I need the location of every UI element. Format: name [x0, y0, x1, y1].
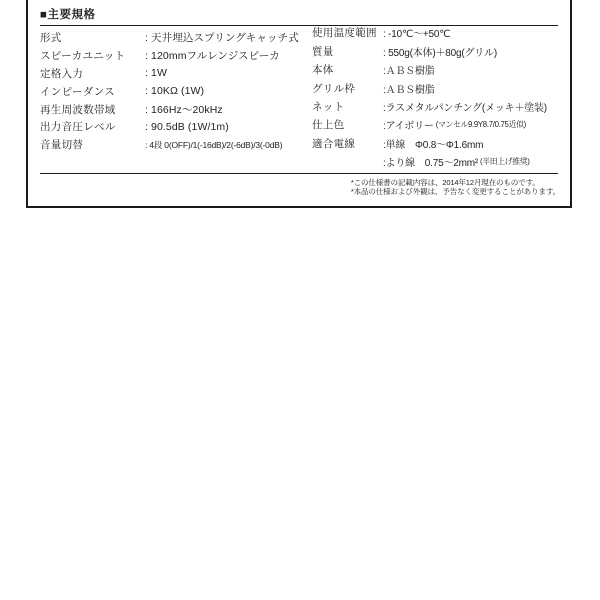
- spec-row-compatible-wire-stranded: :より線 0.75～2mm² (半田上げ推奨): [312, 153, 547, 171]
- spec-label: ネット: [312, 99, 383, 114]
- spec-value: :ＡＢＳ樹脂: [383, 62, 435, 77]
- spec-label: 仕上色: [312, 117, 383, 132]
- spec-value: :単線 Φ0.8～Φ1.6mm: [383, 136, 483, 151]
- spec-value: : 1W: [145, 67, 167, 79]
- spec-value: : -10℃～+50℃: [383, 25, 450, 40]
- spec-value-note: (半田上げ推奨): [480, 156, 530, 167]
- spec-row-body-material: 本体 :ＡＢＳ樹脂: [312, 61, 547, 79]
- spec-column-right: 使用温度範囲 : -10℃～+50℃ 質量 : 550g(本体)＋80g(グリル…: [312, 24, 547, 171]
- spec-value: : 166Hz～20kHz: [145, 102, 223, 117]
- spec-box: ■主要規格 形式 : 天井埋込スプリングキャッチ式 スピーカユニット : 120…: [26, 0, 572, 208]
- spec-label: 形式: [40, 30, 145, 45]
- spec-value: : 550g(本体)＋80g(グリル): [383, 44, 497, 59]
- spec-value: :アイボリー: [383, 117, 434, 132]
- footnote-line: *この仕様書の記載内容は、2014年12月現在のものです。: [351, 178, 560, 187]
- spec-label: 適合電線: [312, 136, 383, 151]
- spec-value: : 天井埋込スプリングキャッチ式: [145, 30, 299, 45]
- spec-row-rated-input: 定格入力 : 1W: [40, 64, 299, 82]
- spec-row-frequency-range: 再生周波数帯域 : 166Hz～20kHz: [40, 100, 299, 118]
- spec-row-grille-frame: グリル枠 :ＡＢＳ樹脂: [312, 79, 547, 97]
- spec-label: スピーカユニット: [40, 48, 145, 63]
- spec-value-note: (マンセル9.9Y8.7/0.75近似): [436, 119, 526, 130]
- spec-value: : 10KΩ (1W): [145, 85, 204, 97]
- spec-label: グリル枠: [312, 81, 383, 96]
- footnotes: *この仕様書の記載内容は、2014年12月現在のものです。 *本品の仕様および外…: [351, 178, 560, 196]
- spec-box-inner: ■主要規格 形式 : 天井埋込スプリングキャッチ式 スピーカユニット : 120…: [28, 0, 570, 205]
- spec-value: : 120mmフルレンジスピーカ: [145, 48, 280, 63]
- spec-row-weight: 質量 : 550g(本体)＋80g(グリル): [312, 42, 547, 60]
- spec-label: 質量: [312, 44, 383, 59]
- spec-label: インピーダンス: [40, 84, 145, 99]
- spec-row-format: 形式 : 天井埋込スプリングキャッチ式: [40, 29, 299, 47]
- spec-row-volume-switch: 音量切替 : 4段 0(OFF)/1(-16dB)/2(-6dB)/3(-0dB…: [40, 136, 299, 154]
- spec-row-temperature-range: 使用温度範囲 : -10℃～+50℃: [312, 24, 547, 42]
- spec-label: 本体: [312, 62, 383, 77]
- spec-label: 音量切替: [40, 137, 145, 152]
- spec-label: 再生周波数帯域: [40, 102, 145, 117]
- spec-row-finish-color: 仕上色 :アイボリー (マンセル9.9Y8.7/0.75近似): [312, 116, 547, 134]
- spec-value: :ＡＢＳ樹脂: [383, 81, 435, 96]
- spec-row-net: ネット :ラスメタルパンチング(メッキ＋塗装): [312, 97, 547, 115]
- footnote-rule: [40, 173, 558, 174]
- spec-value: :ラスメタルパンチング(メッキ＋塗装): [383, 99, 547, 114]
- spec-sheet-page: ■主要規格 形式 : 天井埋込スプリングキャッチ式 スピーカユニット : 120…: [0, 0, 600, 600]
- spec-value: : 90.5dB (1W/1m): [145, 121, 229, 133]
- spec-row-impedance: インピーダンス : 10KΩ (1W): [40, 82, 299, 100]
- spec-row-output-level: 出力音圧レベル : 90.5dB (1W/1m): [40, 118, 299, 136]
- spec-row-compatible-wire-solid: 適合電線 :単線 Φ0.8～Φ1.6mm: [312, 134, 547, 152]
- spec-column-left: 形式 : 天井埋込スプリングキャッチ式 スピーカユニット : 120mmフルレン…: [40, 29, 299, 154]
- spec-row-speaker-unit: スピーカユニット : 120mmフルレンジスピーカ: [40, 46, 299, 64]
- spec-label: 出力音圧レベル: [40, 119, 145, 134]
- spec-label: 使用温度範囲: [312, 25, 383, 40]
- spec-value: :より線 0.75～2mm²: [383, 154, 478, 169]
- section-title: ■主要規格: [40, 6, 95, 22]
- spec-value: : 4段 0(OFF)/1(-16dB)/2(-6dB)/3(-0dB): [145, 139, 282, 151]
- spec-label: 定格入力: [40, 66, 145, 81]
- footnote-line: *本品の仕様および外観は、予告なく変更することがあります。: [351, 187, 560, 196]
